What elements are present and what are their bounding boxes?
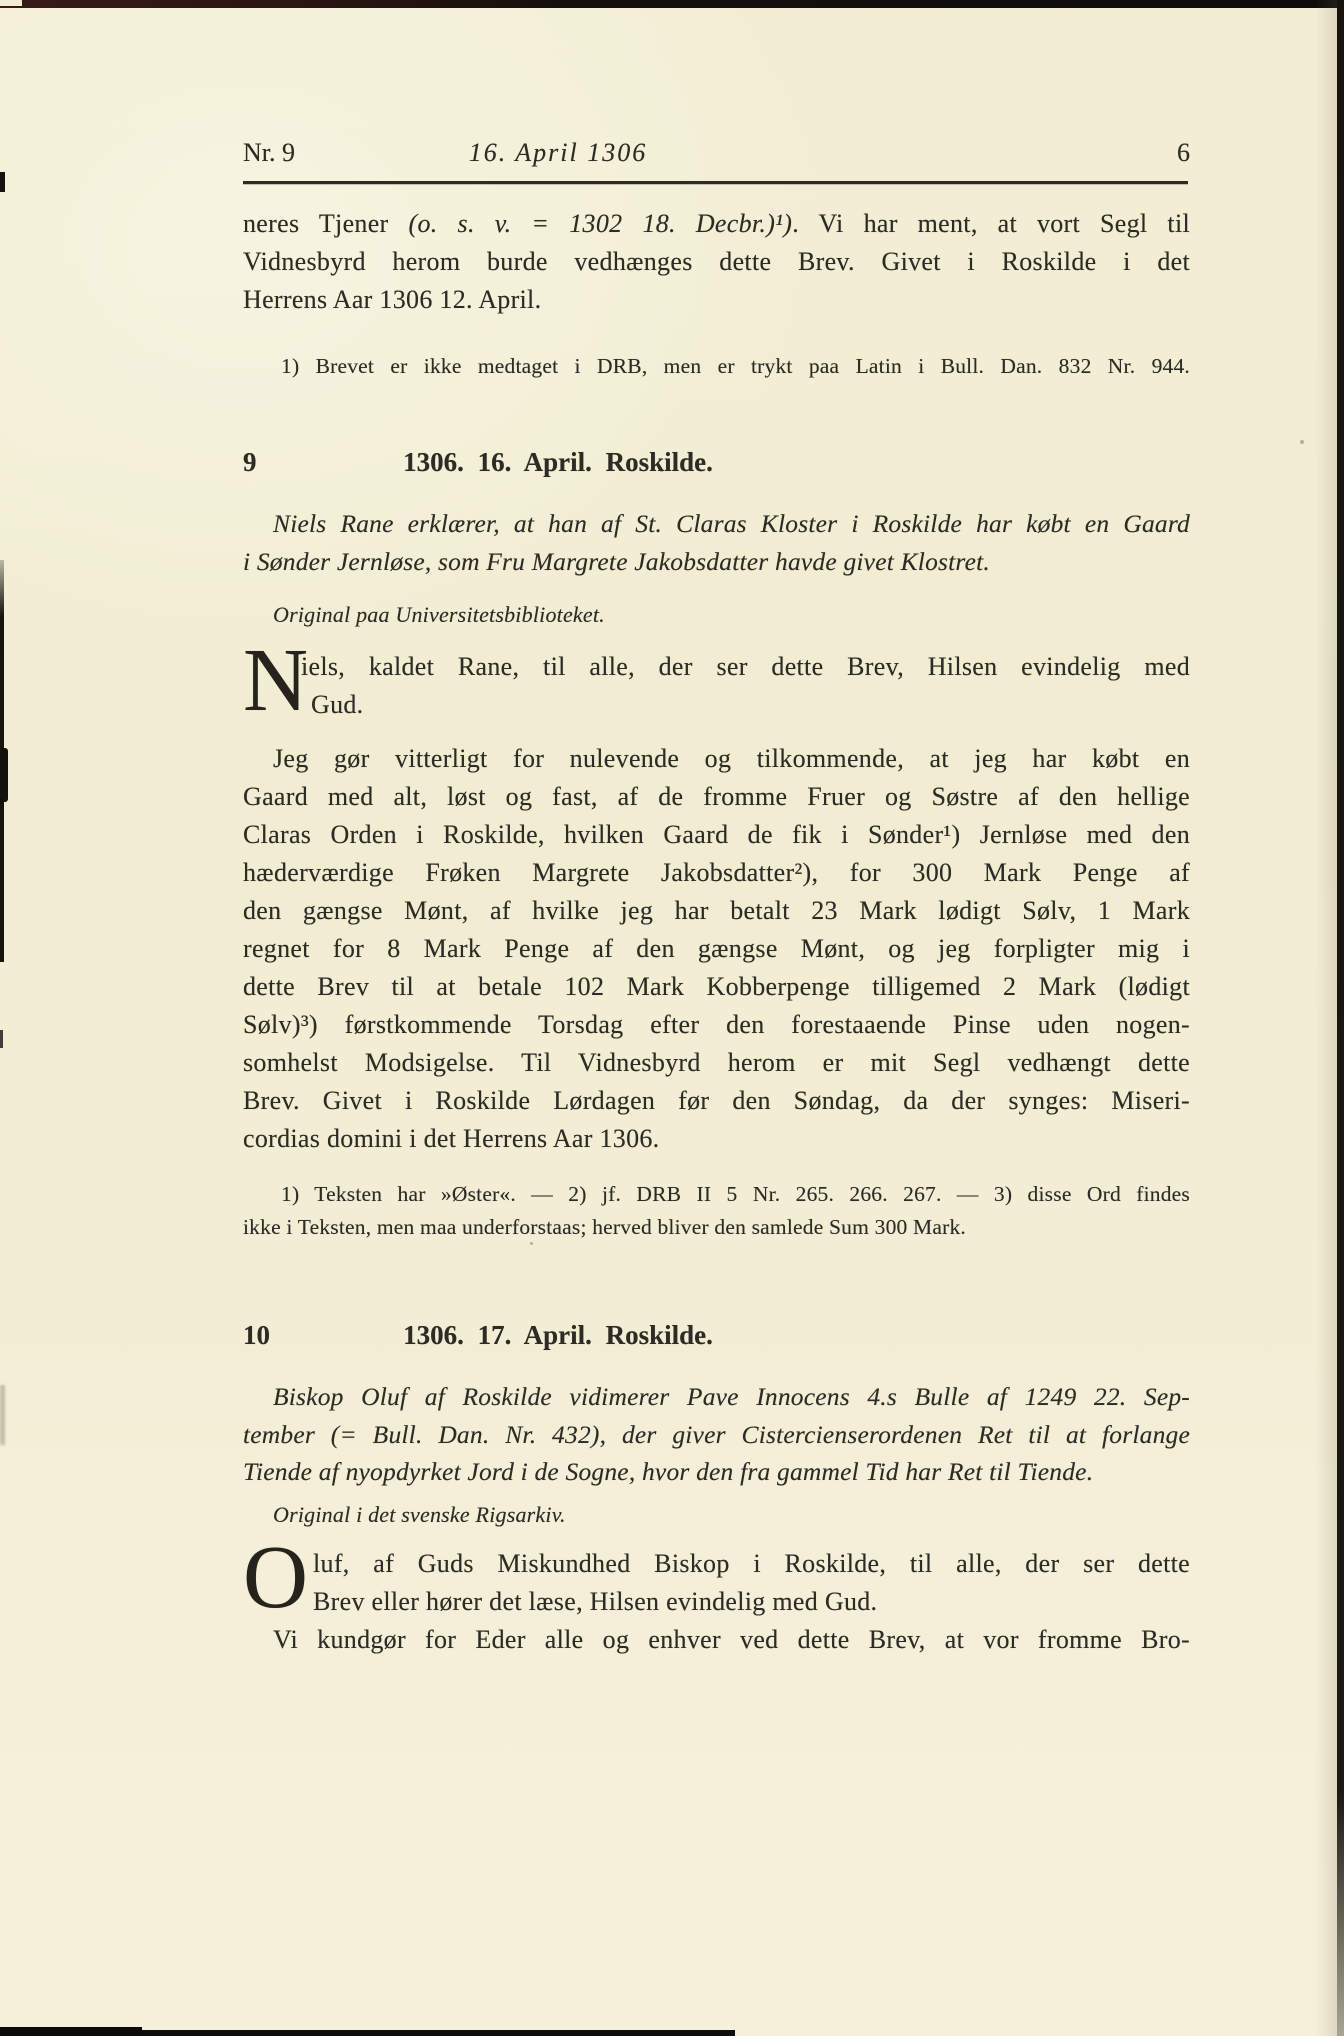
text-line: somhelst Modsigelse. Til Vidnesbyrd hero… (243, 1044, 1190, 1082)
entry-9-heading-row: 9 1306. 16. April. Roskilde. (243, 447, 1190, 479)
entry-10-heading-row: 10 1306. 17. April. Roskilde. (243, 1320, 1190, 1352)
summary-line: Tiende af nyopdyrket Jord i de Sogne, hv… (243, 1453, 1190, 1491)
scan-right-edge (1337, 0, 1344, 2036)
scan-left-edge-blob (0, 748, 8, 802)
summary-line: tember (= Bull. Dan. Nr. 432), der giver… (243, 1416, 1190, 1454)
footnote-line: ikke i Teksten, men maa underforstaas; h… (243, 1211, 1190, 1244)
entry-9-source: Original paa Universitetsbiblioteket. (243, 602, 1190, 628)
paper-speck (1300, 440, 1304, 444)
page-curve-shadow (1315, 0, 1337, 2036)
scan-top-edge (0, 0, 1344, 8)
intro-paragraph: neres Tjener (o. s. v. = 1302 18. Decbr.… (243, 205, 1190, 319)
entry-10-source: Original i det svenske Rigsarkiv. (243, 1502, 1190, 1528)
text-line: Sølv)³) førstkommende Torsdag efter den … (243, 1006, 1190, 1044)
text-line: luf, af Guds Miskundhed Biskop i Roskild… (243, 1545, 1190, 1583)
footnote-line: 1) Brevet er ikke medtaget i DRB, men er… (243, 350, 1190, 383)
text-line: dette Brev til at betale 102 Mark Kobber… (243, 968, 1190, 1006)
text-line: regnet for 8 Mark Penge af den gængse Mø… (243, 930, 1190, 968)
entry-9-paragraph-1: N iels, kaldet Rane, til alle, der ser d… (243, 648, 1190, 724)
text-segment: neres Tjener (243, 209, 409, 238)
text-line: Brev eller hører det læse, Hilsen evinde… (243, 1583, 1190, 1621)
text-line: cordias domini i det Herrens Aar 1306. (243, 1120, 1190, 1158)
summary-line: Biskop Oluf af Roskilde vidimerer Pave I… (243, 1378, 1190, 1416)
book-page-scan: Nr. 9 16. April 1306 6 neres Tjener (o. … (0, 0, 1344, 2036)
text-line: Herrens Aar 1306 12. April. (243, 281, 1190, 319)
summary-line: Niels Rane erklærer, at han af St. Clara… (243, 505, 1190, 543)
scan-top-edge-notch (0, 0, 22, 6)
text-line: Jeg gør vitterligt for nulevende og tilk… (243, 740, 1190, 778)
text-line: Brev. Givet i Roskilde Lørdagen før den … (243, 1082, 1190, 1120)
text-line: Gud. (243, 686, 1190, 724)
entry-9-heading: 1306. 16. April. Roskilde. (403, 447, 713, 477)
dropcap-initial: O (243, 1545, 308, 1611)
intro-footnote: 1) Brevet er ikke medtaget i DRB, men er… (243, 350, 1190, 383)
text-line: Vi kundgør for Eder alle og enhver ved d… (243, 1621, 1190, 1659)
page-number: 6 (1177, 138, 1190, 168)
source-line: Original i det svenske Rigsarkiv. (243, 1502, 1190, 1528)
entry-10-summary: Biskop Oluf af Roskilde vidimerer Pave I… (243, 1378, 1190, 1491)
scan-left-edge-tick (0, 1030, 3, 1048)
text-line: Vidnesbyrd herom burde vedhænges dette B… (243, 243, 1190, 281)
entry-9-paragraph-2: Jeg gør vitterligt for nulevende og tilk… (243, 740, 1190, 1158)
dropcap-initial: N (243, 648, 308, 714)
running-header: Nr. 9 16. April 1306 6 (243, 138, 1190, 168)
text-line: iels, kaldet Rane, til alle, der ser det… (243, 648, 1190, 686)
text-segment: . Vi har ment, at vort Segl til (792, 209, 1190, 238)
entry-10-paragraph-1: O luf, af Guds Miskundhed Biskop i Roski… (243, 1545, 1190, 1621)
text-segment-italic: (o. s. v. = 1302 18. Decbr.)¹) (409, 209, 793, 238)
text-line: Claras Orden i Roskilde, hvilken Gaard d… (243, 816, 1190, 854)
text-line: den gængse Mønt, af hvilke jeg har betal… (243, 892, 1190, 930)
header-rule (243, 181, 1188, 184)
footnote-line: 1) Teksten har »Øster«. — 2) jf. DRB II … (243, 1178, 1190, 1211)
entry-9-summary: Niels Rane erklærer, at han af St. Clara… (243, 505, 1190, 580)
summary-line: i Sønder Jernløse, som Fru Margrete Jako… (243, 543, 1190, 581)
entry-9-footnote: 1) Teksten har »Øster«. — 2) jf. DRB II … (243, 1178, 1190, 1244)
scan-left-edge-smudge (0, 1385, 5, 1445)
text-line: neres Tjener (o. s. v. = 1302 18. Decbr.… (243, 205, 1190, 243)
header-date-label: 16. April 1306 (243, 138, 873, 168)
text-line: hæderværdige Frøken Margrete Jakobsdatte… (243, 854, 1190, 892)
entry-10-heading: 1306. 17. April. Roskilde. (403, 1320, 713, 1350)
text-line: Gaard med alt, løst og fast, af de fromm… (243, 778, 1190, 816)
scan-left-edge-mark (0, 172, 5, 192)
scan-bottom-edge-corner (0, 2027, 142, 2036)
source-line: Original paa Universitetsbiblioteket. (243, 602, 1190, 628)
entry-10-paragraph-2: Vi kundgør for Eder alle og enhver ved d… (243, 1621, 1190, 1659)
